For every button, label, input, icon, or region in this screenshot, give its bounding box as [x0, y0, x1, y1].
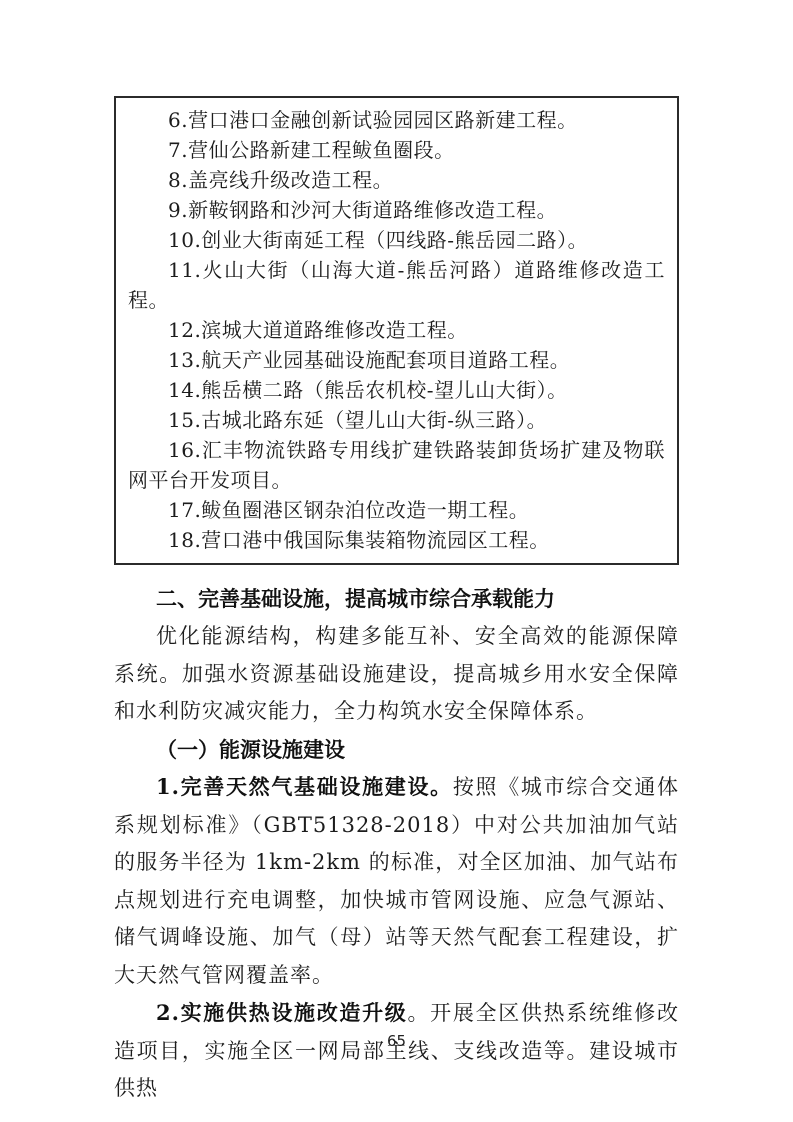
list-item-9: 9.新鞍钢路和沙河大街道路维修改造工程。	[128, 195, 665, 225]
section-heading: 二、完善基础设施，提高城市综合承载能力	[114, 580, 679, 618]
list-item-17: 17.鲅鱼圈港区钢杂泊位改造一期工程。	[128, 495, 665, 525]
list-item-12: 12.滨城大道道路维修改造工程。	[128, 315, 665, 345]
list-item-10: 10.创业大街南延工程（四线路-熊岳园二路）。	[128, 225, 665, 255]
list-item-16: 16.汇丰物流铁路专用线扩建铁路装卸货场扩建及物联网平台开发项目。	[128, 435, 665, 495]
paragraph-gas-infrastructure: 1.完善天然气基础设施建设。按照《城市综合交通体系规划标准》（GBT51328-…	[114, 768, 679, 994]
list-item-8: 8.盖亮线升级改造工程。	[128, 165, 665, 195]
list-item-7: 7.营仙公路新建工程鲅鱼圈段。	[128, 135, 665, 165]
list-item-6: 6.营口港口金融创新试验园园区路新建工程。	[128, 105, 665, 135]
list-item-11: 11.火山大街（山海大道-熊岳河路）道路维修改造工程。	[128, 255, 665, 315]
list-item-18: 18.营口港中俄国际集装箱物流园区工程。	[128, 525, 665, 555]
paragraph-gas-body: 按照《城市综合交通体系规划标准》（GBT51328-2018）中对公共加油加气站…	[114, 775, 679, 987]
page-number: 65	[0, 1032, 793, 1050]
intro-paragraph: 优化能源结构，构建多能互补、安全高效的能源保障系统。加强水资源基础设施建设，提高…	[114, 618, 679, 731]
list-item-15: 15.古城北路东延（望儿山大街-纵三路）。	[128, 405, 665, 435]
document-page: 6.营口港口金融创新试验园园区路新建工程。 7.营仙公路新建工程鲅鱼圈段。 8.…	[0, 0, 793, 1122]
project-list-box: 6.营口港口金融创新试验园园区路新建工程。 7.营仙公路新建工程鲅鱼圈段。 8.…	[114, 96, 679, 565]
paragraph-heating-lead: 2.实施供热设施改造升级	[156, 1000, 407, 1025]
list-item-14: 14.熊岳横二路（熊岳农机校-望儿山大街）。	[128, 375, 665, 405]
paragraph-heating-upgrade: 2.实施供热设施改造升级。开展全区供热系统维修改造项目，实施全区一网局部主线、支…	[114, 994, 679, 1108]
subsection-heading: （一）能源设施建设	[114, 731, 679, 769]
list-item-13: 13.航天产业园基础设施配套项目道路工程。	[128, 345, 665, 375]
paragraph-gas-lead: 1.完善天然气基础设施建设。	[156, 774, 453, 799]
page-content: 6.营口港口金融创新试验园园区路新建工程。 7.营仙公路新建工程鲅鱼圈段。 8.…	[114, 96, 679, 1108]
